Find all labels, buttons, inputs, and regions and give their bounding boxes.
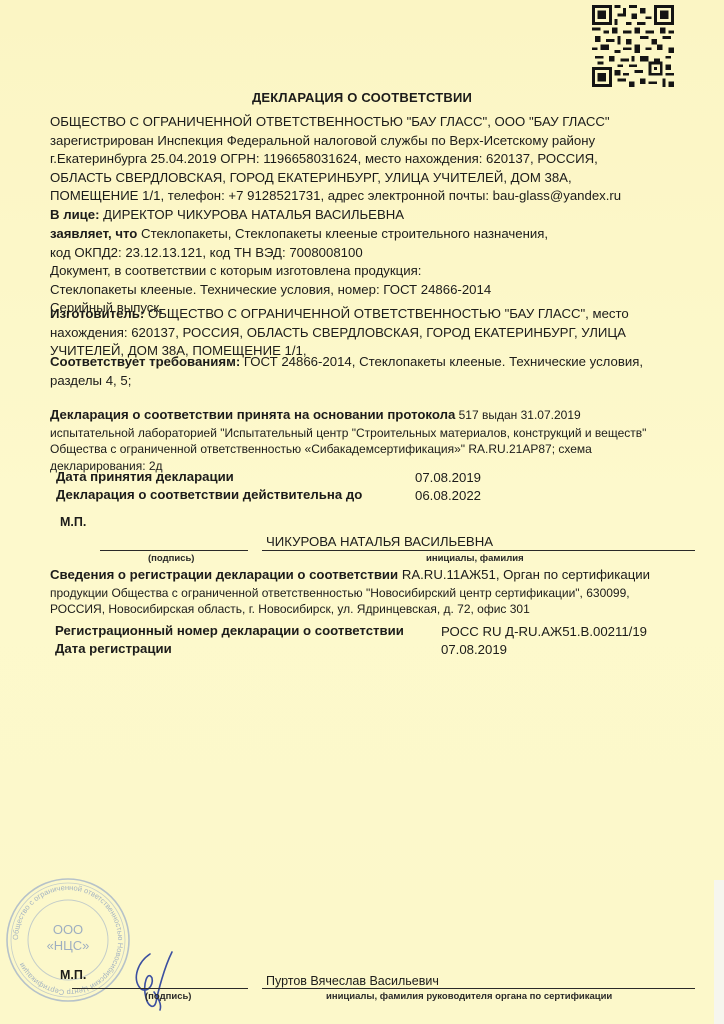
seal-label-2: М.П. xyxy=(60,968,86,982)
conforms-value: ГОСТ 24866-2014, Стеклопакеты клееные. Т… xyxy=(240,354,643,369)
applicant-line: ОБЩЕСТВО С ОГРАНИЧЕННОЙ ОТВЕТСТВЕННОСТЬЮ… xyxy=(50,113,621,132)
basis-label: Декларация о соответствии принята на осн… xyxy=(50,407,455,422)
declares-block: заявляет, что Стеклопакеты, Стеклопакеты… xyxy=(50,225,548,318)
reg-date-label: Дата регистрации xyxy=(55,641,172,656)
signature-line xyxy=(100,550,248,551)
registration-body: продукции Общества с ограниченной ответс… xyxy=(50,585,650,602)
qr-code-icon xyxy=(592,4,674,88)
valid-until-value: 06.08.2022 xyxy=(415,487,481,506)
conforms-label: Соответствует требованиям: xyxy=(50,354,240,369)
standard-doc-label: Документ, в соответствии с которым изгот… xyxy=(50,262,548,281)
date-accepted-label: Дата принятия декларации xyxy=(56,469,234,484)
applicant-line: г.Екатеринбурга 25.04.2019 ОГРН: 1196658… xyxy=(50,150,621,169)
svg-text:ООО: ООО xyxy=(53,922,83,937)
cert-signature-caption: (подпись) xyxy=(145,991,191,1002)
signer-name: ЧИКУРОВА НАТАЛЬЯ ВАСИЛЬЕВНА xyxy=(266,533,493,552)
conforms-block: Соответствует требованиям: ГОСТ 24866-20… xyxy=(50,353,643,390)
basis-lab-org: Общества с ограниченной ответственностью… xyxy=(50,441,646,458)
basis-protocol: 517 выдан 31.07.2019 xyxy=(455,408,580,422)
applicant-block: ОБЩЕСТВО С ОГРАНИЧЕННОЙ ОТВЕТСТВЕННОСТЬЮ… xyxy=(50,113,621,224)
cert-head-name: Пуртов Вячеслав Васильевич xyxy=(266,972,439,991)
registration-value: RA.RU.11АЖ51, Орган по сертификации xyxy=(398,567,650,582)
applicant-line: ПОМЕЩЕНИЕ 1/1, телефон: +7 9128521731, а… xyxy=(50,187,621,206)
declares-label: заявляет, что xyxy=(50,226,137,241)
represented-label: В лице: xyxy=(50,207,100,222)
basis-block: Декларация о соответствии принята на осн… xyxy=(50,406,646,474)
signature-caption: (подпись) xyxy=(148,553,194,564)
seal-label: М.П. xyxy=(60,515,86,529)
reg-number-label: Регистрационный номер декларации о соотв… xyxy=(55,623,404,638)
signature-icon xyxy=(130,948,180,1014)
cert-signature-line xyxy=(72,988,248,989)
valid-until-label: Декларация о соответствии действительна … xyxy=(56,487,362,502)
conforms-sections: разделы 4, 5; xyxy=(50,372,643,391)
basis-lab: испытательной лабораторией "Испытательны… xyxy=(50,425,646,442)
name-caption: инициалы, фамилия xyxy=(426,553,524,564)
reg-date-value: 07.08.2019 xyxy=(441,641,507,660)
document-title: ДЕКЛАРАЦИЯ О СООТВЕТСТВИИ xyxy=(0,90,724,105)
represented-value: ДИРЕКТОР ЧИКУРОВА НАТАЛЬЯ ВАСИЛЬЕВНА xyxy=(100,207,405,222)
registration-block: Сведения о регистрации декларации о соот… xyxy=(50,566,650,618)
manufacturer-label: Изготовитель: xyxy=(50,306,144,321)
manufacturer-value: ОБЩЕСТВО С ОГРАНИЧЕННОЙ ОТВЕТСТВЕННОСТЬЮ… xyxy=(144,306,628,321)
date-accepted-value: 07.08.2019 xyxy=(415,469,481,488)
represented-by: В лице: ДИРЕКТОР ЧИКУРОВА НАТАЛЬЯ ВАСИЛЬ… xyxy=(50,206,621,225)
standard-doc-value: Стеклопакеты клееные. Технические услови… xyxy=(50,281,548,300)
applicant-line: зарегистрирован Инспекция Федеральной на… xyxy=(50,132,621,151)
certification-stamp-icon: Общество с ограниченной ответственностью… xyxy=(4,876,132,1004)
product-codes: код ОКПД2: 23.12.13.121, код ТН ВЭД: 700… xyxy=(50,244,548,263)
page-edge xyxy=(714,880,724,1024)
registration-label: Сведения о регистрации декларации о соот… xyxy=(50,567,398,582)
svg-text:«НЦС»: «НЦС» xyxy=(47,938,90,953)
manufacturer-address: нахождения: 620137, РОССИЯ, ОБЛАСТЬ СВЕР… xyxy=(50,324,629,343)
applicant-line: ОБЛАСТЬ СВЕРДЛОВСКАЯ, ГОРОД ЕКАТЕРИНБУРГ… xyxy=(50,169,621,188)
registration-address: РОССИЯ, Новосибирская область, г. Новоси… xyxy=(50,601,650,618)
product-name: Стеклопакеты, Стеклопакеты клееные строи… xyxy=(137,226,548,241)
cert-head-name-caption: инициалы, фамилия руководителя органа по… xyxy=(326,991,612,1002)
reg-number-value: РОСС RU Д-RU.АЖ51.В.00211/19 xyxy=(441,623,647,642)
